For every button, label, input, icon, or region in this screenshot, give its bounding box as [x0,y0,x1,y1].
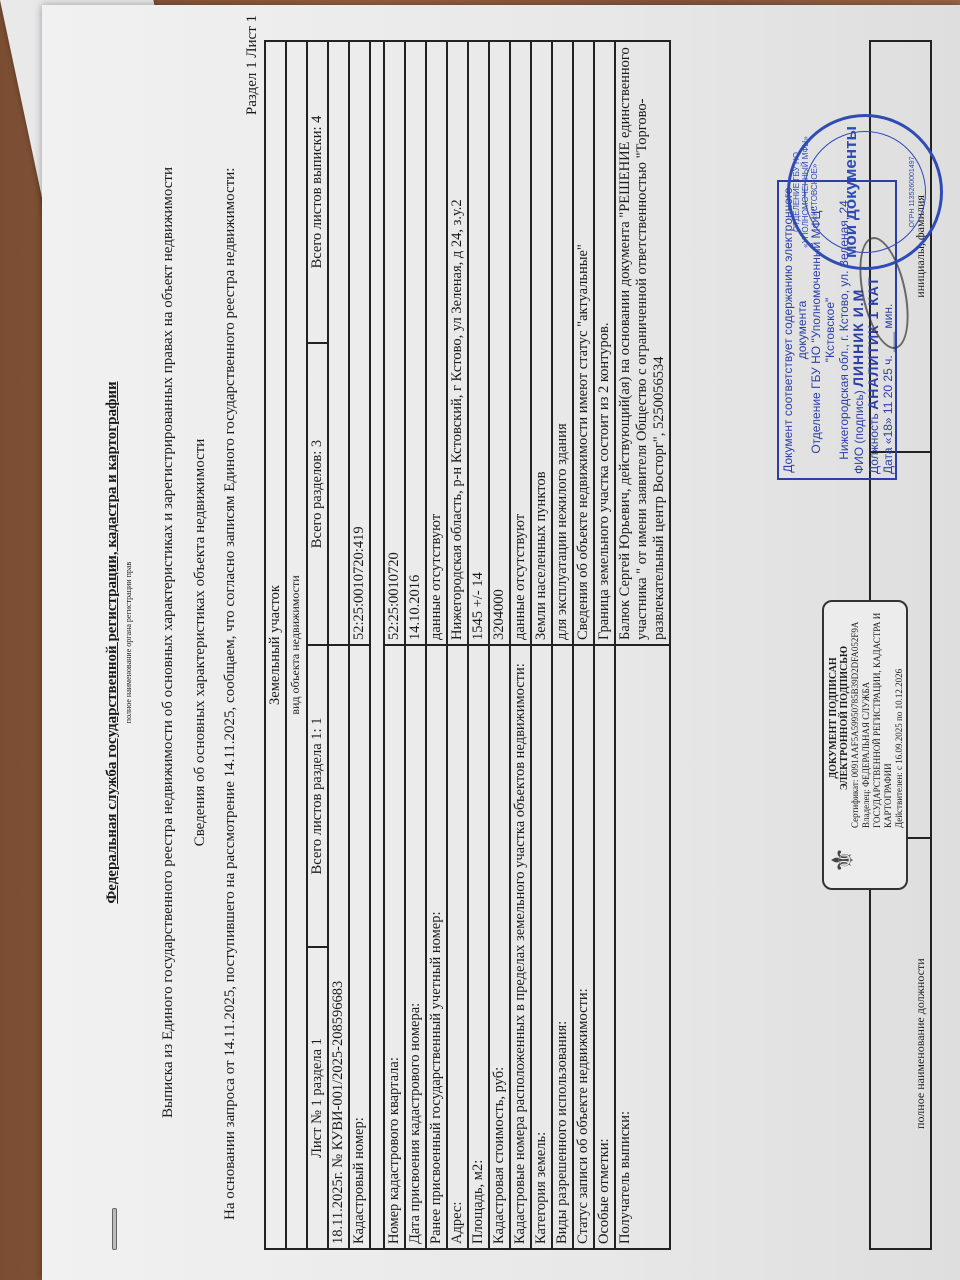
row-value: для эксплуатации нежилого здания [552,41,573,645]
row-label: Статус записи об объекте недвижимости: [573,645,594,1249]
electronic-signature-block: ⚜ ДОКУМЕНТ ПОДПИСАН ЭЛЕКТРОННОЙ ПОДПИСЬЮ… [822,600,908,890]
row-value: Нижегородская область, р-н Кстовский, г … [447,41,468,645]
object-info-table: Земельный участок вид объекта недвижимос… [264,40,671,1250]
organization-name: Федеральная служба государственной регис… [104,5,121,1280]
cadastral-number-label: Кадастровый номер: [349,645,370,1249]
table-row: Кадастровая стоимость, руб:3204000 [489,41,510,1249]
row-value: Балюк Сергей Юрьевич, действующий(ая) на… [615,41,670,645]
table-row: Получатель выписки:Балюк Сергей Юрьевич,… [615,41,670,1249]
object-kind: Земельный участок [265,41,286,1249]
coat-of-arms-icon: ⚜ [838,842,878,878]
position-caption: полное наименование должности [870,838,931,1249]
sheet-number: Лист № 1 раздела 1 [307,947,328,1249]
table-row: Ранее присвоенный государственный учетны… [426,41,447,1249]
row-value: 3204000 [489,41,510,645]
extract-page: Федеральная служба государственной регис… [42,5,960,1280]
table-row: Площадь, м2:1545 +/- 14 [468,41,489,1249]
row-label: Номер кадастрового квартала: [384,645,405,1249]
table-row: Дата присвоения кадастрового номера:14.1… [405,41,426,1249]
table-row: Номер кадастрового квартала:52:25:001072… [384,41,405,1249]
organization-caption: полное наименование органа регистрации п… [124,5,133,1280]
object-kind-caption: вид объекта недвижимости [286,41,307,1249]
table-row: Особые отметки:Граница земельного участк… [594,41,615,1249]
row-value: 14.10.2016 [405,41,426,645]
row-label: Дата присвоения кадастрового номера: [405,645,426,1249]
table-row: Категория земель:Земли населенных пункто… [531,41,552,1249]
row-value: Земли населенных пунктов [531,41,552,645]
request-reference: 18.11.2025г. № КУВИ-001/2025-208596683 [328,645,349,1249]
row-label: Площадь, м2: [468,645,489,1249]
row-label: Категория земель: [531,645,552,1249]
cadastral-number-value: 52:25:0010720:419 [349,41,370,645]
row-value: Граница земельного участка состоит из 2 … [594,41,615,645]
row-value: данные отсутствуют [426,41,447,645]
row-label: Ранее присвоенный государственный учетны… [426,645,447,1249]
sheets-total: Всего листов выписки: 4 [307,41,328,343]
row-value: Сведения об объекте недвижимости имеют с… [573,41,594,645]
row-label: Кадастровая стоимость, руб: [489,645,510,1249]
row-label: Получатель выписки: [615,645,670,1249]
table-row: Кадастровые номера расположенных в преде… [510,41,531,1249]
row-label: Особые отметки: [594,645,615,1249]
row-label: Виды разрешенного использования: [552,645,573,1249]
mfc-round-seal: ОТДЕЛЕНИЕ ГБУ НО «УПОЛНОМОЧЕННЫЙ МФЦ» «К… [787,114,943,270]
document-subtitle: Сведения об основных характеристиках объ… [192,5,209,1280]
intro-text: На основании запроса от 14.11.2025, пост… [222,168,239,1220]
document-photo: Федеральная служба государственной регис… [42,5,960,1280]
row-label: Кадастровые номера расположенных в преде… [510,645,531,1249]
table-row: Статус записи об объекте недвижимости:Св… [573,41,594,1249]
row-value: данные отсутствуют [510,41,531,645]
my-documents-logo-icon: мои документы [842,117,859,267]
row-value: 52:25:0010720 [384,41,405,645]
table-row: Адрес:Нижегородская область, р-н Кстовск… [447,41,468,1249]
table-row: Виды разрешенного использования:для эксп… [552,41,573,1249]
document-title: Выписка из Единого государственного реес… [160,5,177,1280]
sections-total: Всего разделов: 3 [307,343,328,645]
section-label: Раздел 1 Лист 1 [244,15,261,115]
sheets-in-section: Всего листов раздела 1: 1 [307,645,328,947]
row-value: 1545 +/- 14 [468,41,489,645]
row-label: Адрес: [447,645,468,1249]
